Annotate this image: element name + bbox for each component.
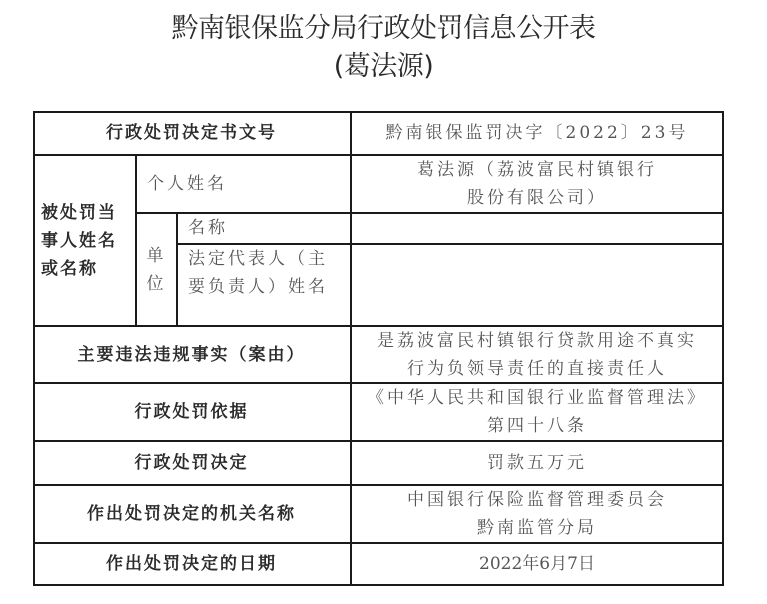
penalty-decision-value: 罚款五万元 [352,442,722,484]
decision-date-value: 2022年6月7日 [352,544,722,584]
unit-label-line: 位 [147,270,167,298]
value-line: 第四十八条 [487,412,587,440]
penalty-decision-label: 行政处罚决定 [33,442,350,484]
unit-label-line: 单 [147,242,167,270]
page-subtitle: (葛法源) [0,44,767,83]
violation-facts-value: 是荔波富民村镇银行贷款用途不真实 行为负领导责任的直接责任人 [352,327,722,382]
value-line: 股份有限公司） [467,184,607,212]
party-label-line: 被处罚当 [41,199,117,227]
legal-rep-line: 要负责人）姓名 [188,273,328,301]
individual-name-label: 个人姓名 [137,156,350,212]
table-border-right [722,111,724,586]
violation-facts-label: 主要违法违规事实（案由） [33,327,350,382]
legal-rep-value [352,245,722,325]
value-line: 《中华人民共和国银行业监督管理法》 [367,384,707,412]
decision-date-label: 作出处罚决定的日期 [33,544,350,584]
value-line: 黔南监管分局 [477,514,597,542]
penalty-basis-value: 《中华人民共和国银行业监督管理法》 第四十八条 [352,384,722,440]
unit-label: 单 位 [137,214,176,326]
individual-name-value: 葛法源（荔波富民村镇银行 股份有限公司） [352,156,722,212]
authority-name-value: 中国银行保险监督管理委员会 黔南监管分局 [352,486,722,542]
table-border-bottom [33,584,724,586]
authority-name-label: 作出处罚决定的机关名称 [33,486,350,542]
value-line: 中国银行保险监督管理委员会 [407,486,667,514]
decision-number-value: 黔南银保监罚决字〔2022〕23号 [352,111,722,154]
value-line: 行为负领导责任的直接责任人 [407,355,667,383]
legal-rep-label: 法定代表人（主 要负责人）姓名 [178,245,350,325]
decision-number-label: 行政处罚决定书文号 [33,111,350,154]
unit-name-value [352,214,722,243]
page-title: 黔南银保监分局行政处罚信息公开表 [0,6,767,45]
legal-rep-line: 法定代表人（主 [188,245,328,273]
penalty-info-table: 行政处罚决定书文号 黔南银保监罚决字〔2022〕23号 被处罚当 事人姓名 或名… [33,111,724,586]
value-line: 是荔波富民村镇银行贷款用途不真实 [377,327,697,355]
penalty-basis-label: 行政处罚依据 [33,384,350,440]
value-line: 葛法源（荔波富民村镇银行 [417,156,657,184]
party-name-group-label: 被处罚当 事人姓名 或名称 [35,156,135,326]
party-label-line: 事人姓名 [41,227,117,255]
unit-name-label: 名称 [178,212,350,243]
party-label-line: 或名称 [41,255,98,283]
